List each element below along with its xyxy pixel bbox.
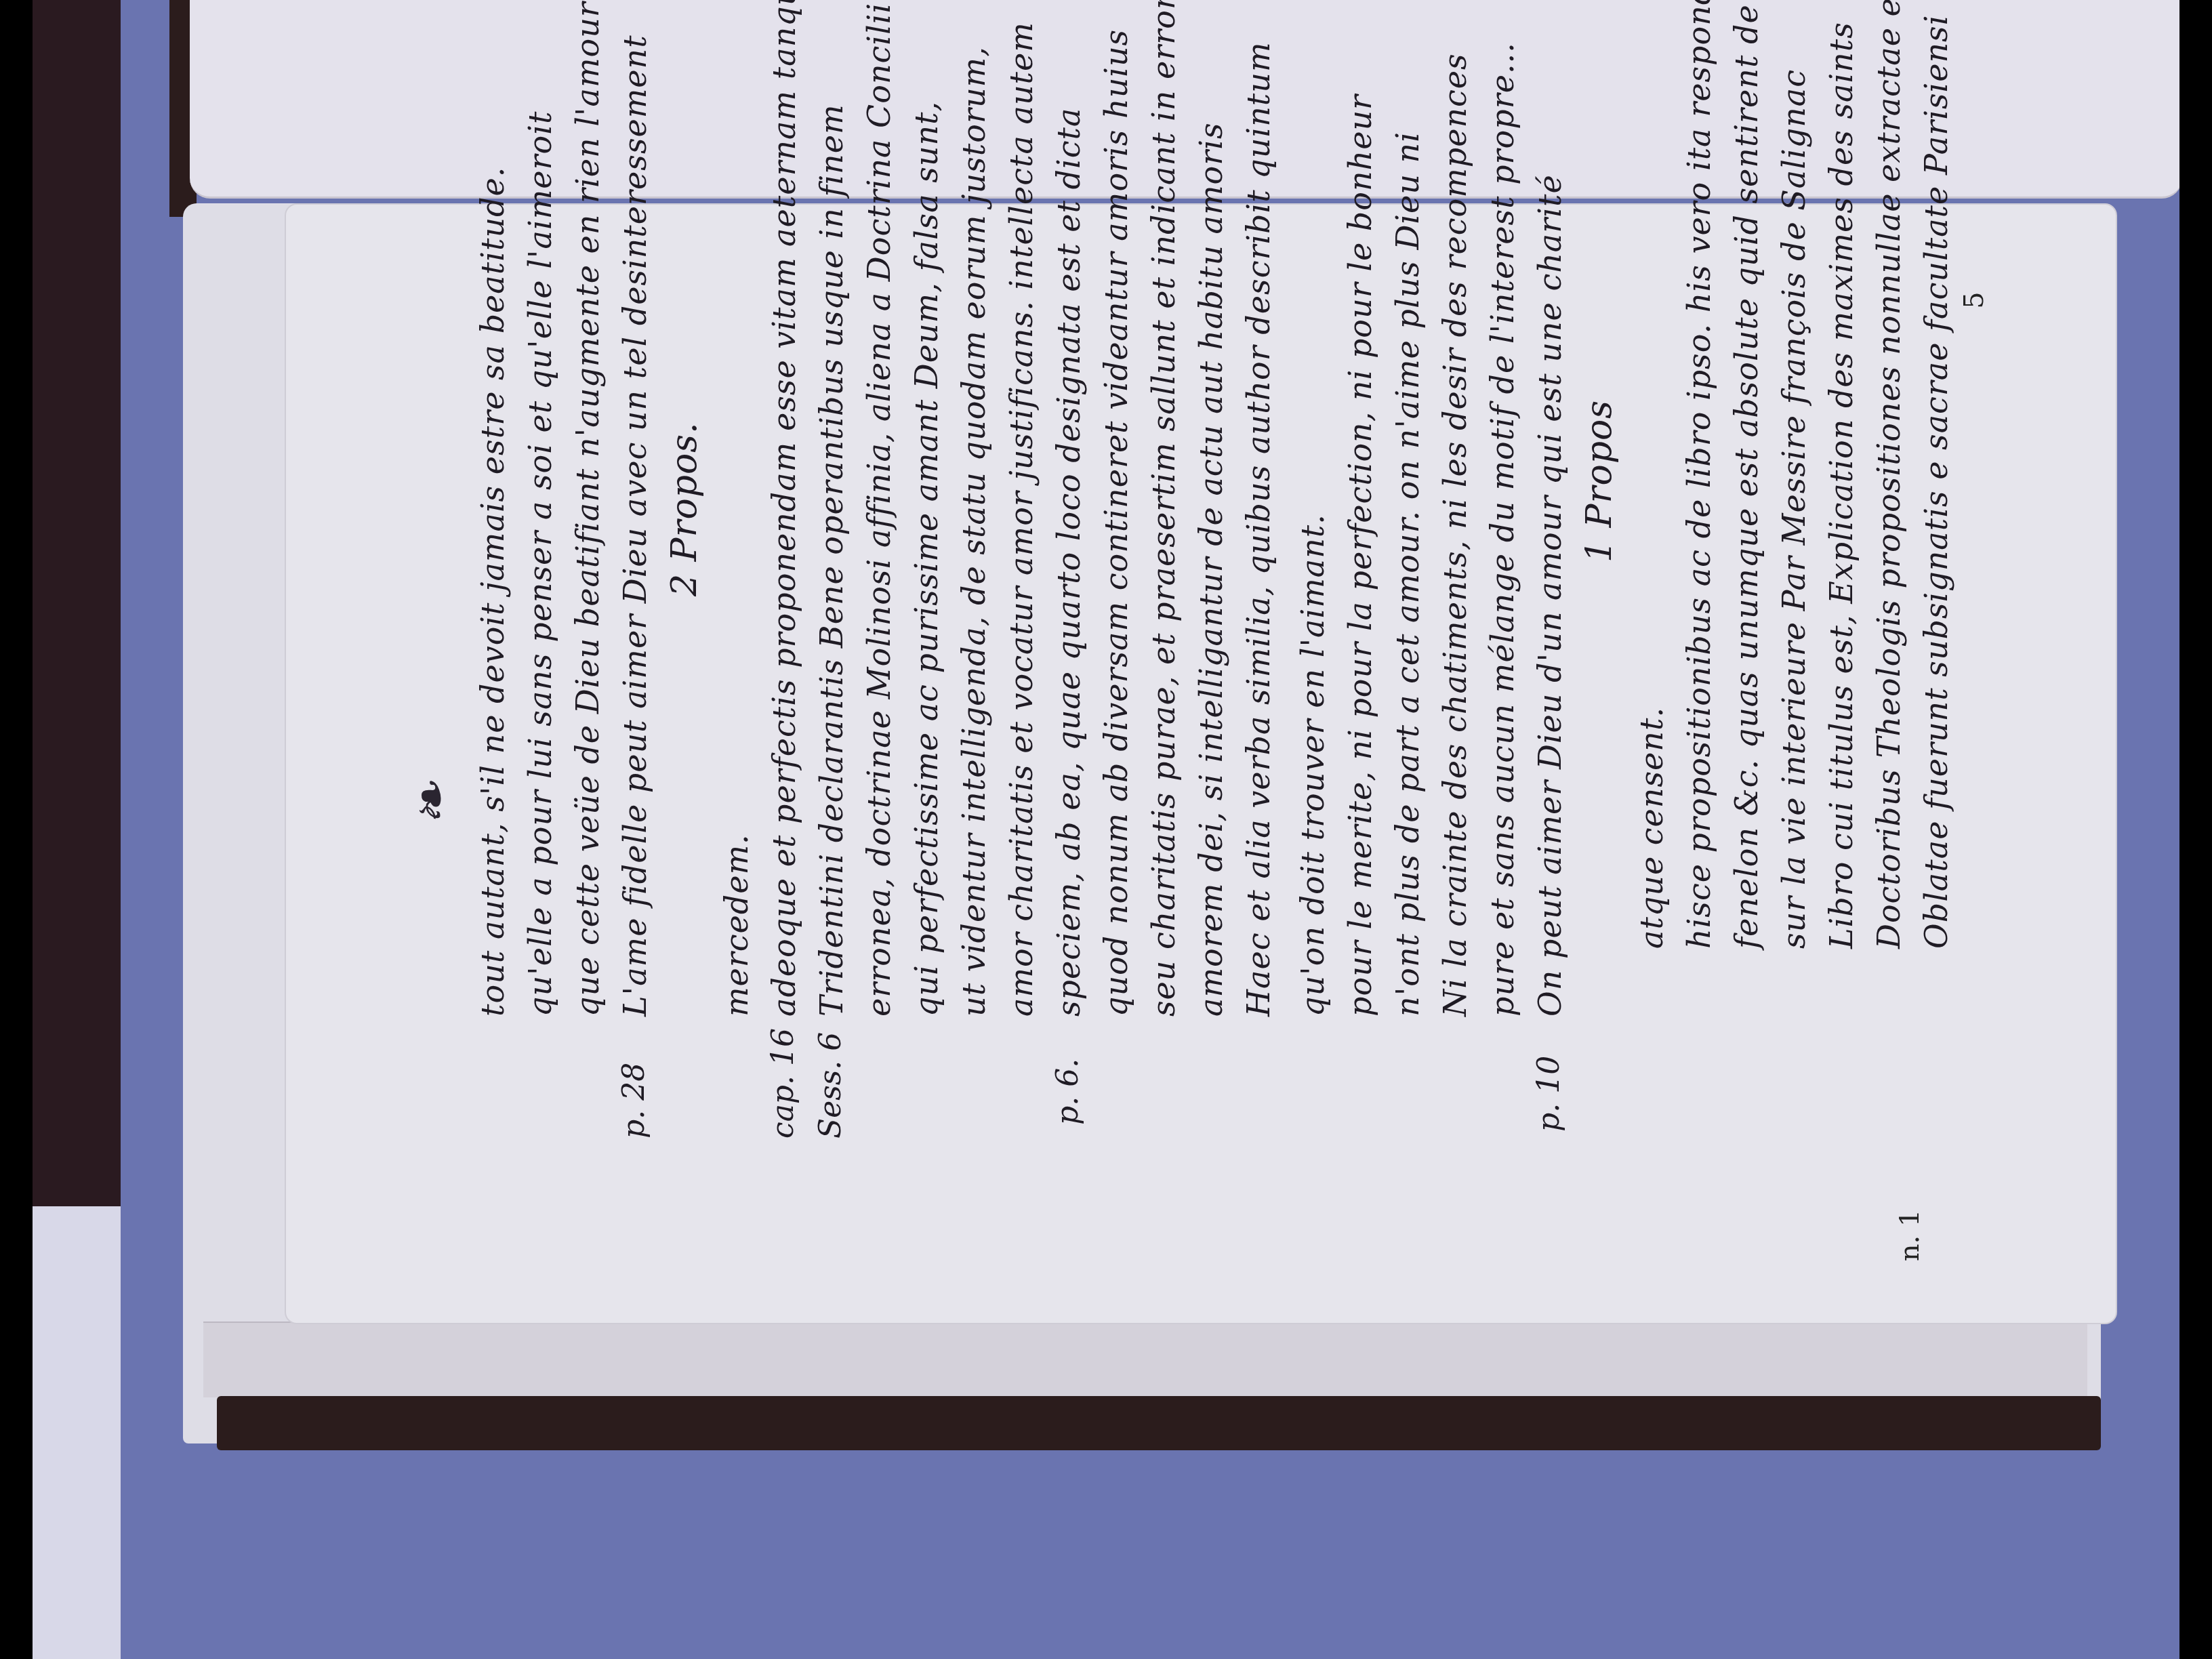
- text-line: tout autant, s'il ne devoit jamais estre…: [474, 167, 511, 1017]
- proposition-heading: 1 Propos: [1579, 400, 1620, 562]
- cloth-background: [33, 1206, 121, 1659]
- text-line: amor charitatis et vocatur amor justific…: [1003, 22, 1040, 1017]
- letterbox-right: [2179, 0, 2212, 1659]
- proposition-heading: 2 Propos.: [664, 422, 705, 596]
- text-line: atque censent.: [1633, 707, 1670, 949]
- text-line: adeoque et perfectis proponendam esse vi…: [766, 0, 802, 1017]
- text-line: seu charitatis purae, et praesertim sall…: [1145, 0, 1182, 1017]
- letterbox-left: [0, 0, 33, 1659]
- book-binding: [217, 1396, 2101, 1450]
- text-line: hisce propositionibus ac de libro ipso. …: [1681, 0, 1717, 949]
- text-line: fenelon &c. quas unumque est absolute qu…: [1728, 4, 1765, 949]
- text-line: L'ame fidelle peut aimer Dieu avec un te…: [617, 35, 653, 1017]
- text-line: amorem dei, si intelligantur de actu aut…: [1193, 122, 1229, 1017]
- text-line: sur la vie interieure Par Messire franço…: [1776, 69, 1812, 949]
- text-line: On peut aimer Dieu d'un amour qui est un…: [1532, 174, 1568, 1017]
- margin-note: p. 28: [617, 1063, 651, 1139]
- text-line: Tridentini declarantis Bene operantibus …: [813, 104, 850, 1017]
- margin-note: p. 6.: [1050, 1059, 1085, 1125]
- margin-note: cap. 16: [766, 1028, 800, 1139]
- margin-note: Sess. 6: [813, 1032, 848, 1139]
- text-line: mercedem.: [718, 834, 755, 1017]
- text-line: erronea, doctrinae Molinosi affinia, ali…: [861, 3, 897, 1017]
- text-line: pure et sans aucun mélange du motif de l…: [1484, 42, 1521, 1017]
- text-line: qui perfectissime ac purissime amant Deu…: [908, 101, 945, 1017]
- manuscript-text: Oblatae fuerunt subsignatis e sacrae fac…: [339, 190, 2033, 1342]
- signature-paraph: ❧: [400, 781, 463, 827]
- text-line: ut videntur intelligenda, de statu quoda…: [956, 46, 992, 1017]
- text-line: Ni la crainte des chatiments, ni les des…: [1437, 53, 1473, 1017]
- text-line: qu'elle a pour lui sans penser a soi et …: [522, 111, 558, 1017]
- text-line: Haec et alia verba similia, quibus autho…: [1240, 41, 1277, 1017]
- text-line: quod nonum ab diversam contineret videan…: [1098, 29, 1134, 1017]
- text-line: speciem, ab ea, quae quarto loco designa…: [1050, 108, 1087, 1017]
- text-line: Doctoribus Theologis propositiones nonnu…: [1870, 0, 1907, 949]
- text-line: qu'on doit trouver en l'aimant.: [1294, 514, 1331, 1017]
- text-line: Libro cui titulus est, Explication des m…: [1823, 22, 1860, 949]
- text-line: Oblatae fuerunt subsignatis e sacrae fac…: [1918, 15, 1954, 949]
- margin-note: p. 10: [1532, 1056, 1566, 1132]
- text-line: pour le merite, ni pour la perfection, n…: [1342, 94, 1378, 1017]
- text-line: que cette veüe de Dieu beatifiant n'augm…: [569, 1, 606, 1017]
- text-line: n'ont plus de part a cet amour. on n'aim…: [1389, 131, 1426, 1017]
